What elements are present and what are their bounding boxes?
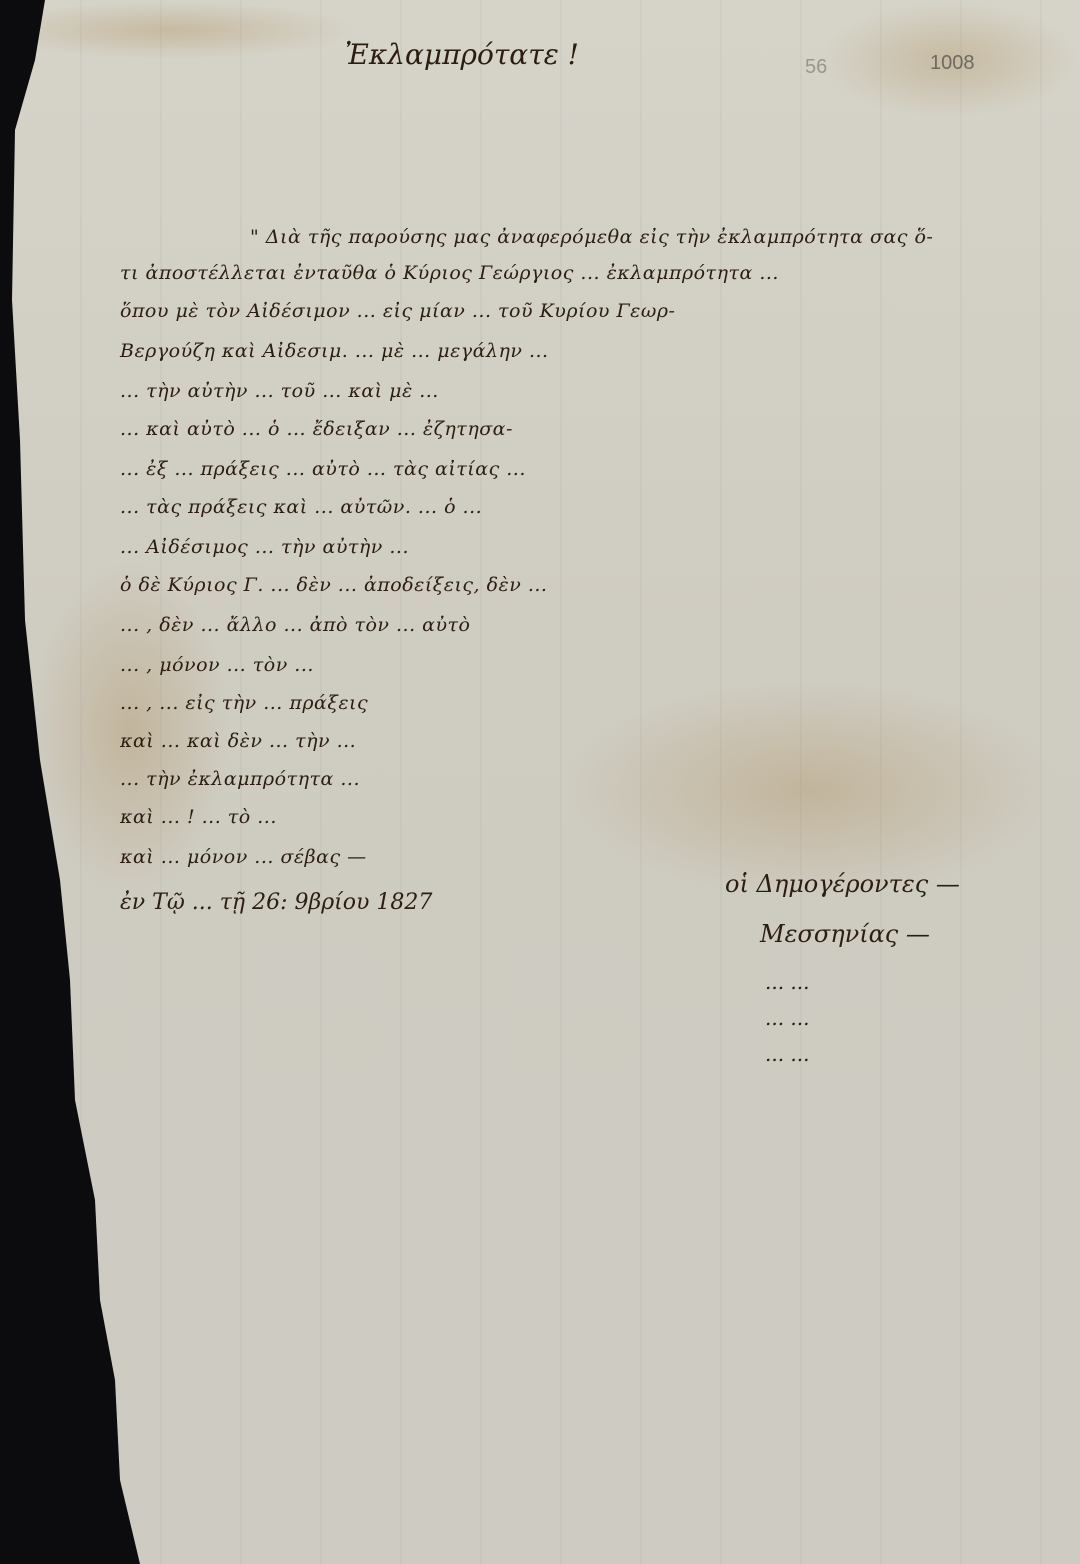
signature-line: οἱ Δημογέροντες — bbox=[725, 870, 960, 898]
body-line: " Διὰ τῆς παρούσης μας ἀναφερόμεθα εἰς τ… bbox=[250, 226, 933, 248]
signature-line: ... ... bbox=[765, 1006, 810, 1030]
signature-line: ... ... bbox=[765, 1042, 810, 1066]
body-line: ... τὴν ἐκλαμπρότητα ... bbox=[120, 768, 360, 790]
body-line: καὶ ... καὶ δὲν ... τὴν ... bbox=[120, 730, 356, 752]
body-line: ... , δὲν ... ἄλλο ... ἀπὸ τὸν ... αὐτὸ bbox=[120, 614, 471, 636]
body-line: ... , ... εἰς τὴν ... πράξεις bbox=[120, 692, 368, 714]
body-line: τι ἀποστέλλεται ἐνταῦθα ὁ Κύριος Γεώργιο… bbox=[120, 262, 779, 284]
body-line: ... τὴν αὐτὴν ... τοῦ ... καὶ μὲ ... bbox=[120, 380, 439, 402]
body-line: καὶ ... μόνον ... σέβας — bbox=[120, 846, 367, 868]
body-line: ... καὶ αὐτὸ ... ὁ ... ἔδειξαν ... ἐζητη… bbox=[120, 418, 513, 440]
body-line: ... ἐξ ... πράξεις ... αὐτὸ ... τὰς αἰτί… bbox=[120, 458, 526, 480]
body-line: ... Αἰδέσιμος ... τὴν αὐτὴν ... bbox=[120, 536, 409, 558]
body-line: Βεργούζη καὶ Αἰδεσιμ. ... μὲ ... μεγάλην… bbox=[120, 340, 549, 362]
signature-line: Μεσσηνίας — bbox=[760, 920, 930, 948]
place-date: ἐν Τῷ ... τῇ 26: 9βρίου 1827 bbox=[120, 890, 432, 915]
body-line: ... τὰς πράξεις καὶ ... αὐτῶν. ... ὁ ... bbox=[120, 496, 482, 518]
body-line: ὁ δὲ Κύριος Γ. ... δὲν ... ἀποδείξεις, δ… bbox=[120, 574, 547, 596]
salutation: Ἐκλαμπρότατε ! bbox=[345, 38, 579, 71]
faint-pencil-mark: 56 bbox=[805, 56, 827, 79]
body-line: καὶ ... ! ... τὸ ... bbox=[120, 806, 277, 828]
signature-line: ... ... bbox=[765, 970, 810, 994]
archive-number: 1008 bbox=[930, 52, 975, 75]
body-line: ... , μόνον ... τὸν ... bbox=[120, 654, 314, 676]
body-line: ὅπου μὲ τὸν Αἰδέσιμον ... εἰς μίαν ... τ… bbox=[120, 300, 675, 322]
manuscript-page: Ἐκλαμπρότατε ! 56 1008 " Διὰ τῆς παρούση… bbox=[0, 0, 1080, 1564]
